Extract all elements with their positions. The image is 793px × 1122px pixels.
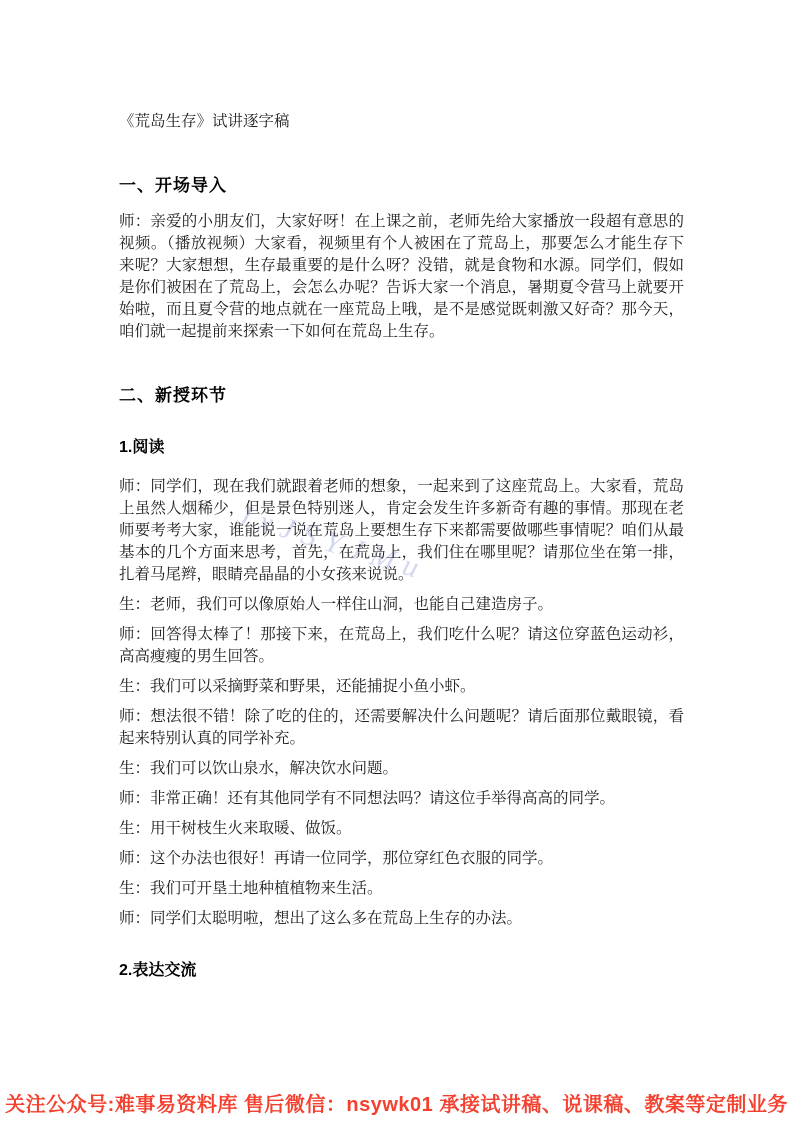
paragraph: 生：我们可以饮山泉水，解决饮水问题。 — [119, 758, 684, 780]
footer-banner: 关注公众号:难事易资料库 售后微信：nsywk01 承接试讲稿、说课稿、教案等定… — [0, 1092, 793, 1118]
paragraph: 生：用干树枝生火来取暖、做饭。 — [119, 818, 684, 840]
paragraph: 师：非常正确！还有其他同学有不同想法吗？请这位手举得高高的同学。 — [119, 788, 684, 810]
paragraph: 生：老师，我们可以像原始人一样住山洞，也能自己建造房子。 — [119, 594, 684, 616]
paragraph: 师：同学们太聪明啦，想出了这么多在荒岛上生存的办法。 — [119, 908, 684, 930]
paragraph: 生：我们可开垦土地种植植物来生活。 — [119, 878, 684, 900]
paragraph: 师：这个办法也很好！再请一位同学，那位穿红色衣服的同学。 — [119, 848, 684, 870]
paragraph: 师：想法很不错！除了吃的住的，还需要解决什么问题呢？请后面那位戴眼镜，看起来特别… — [119, 706, 684, 750]
section-heading: 1.阅读 — [119, 437, 684, 458]
paragraph: 生：我们可以采摘野菜和野果，还能捕捉小鱼小虾。 — [119, 676, 684, 698]
document-blocks: 一、开场导入师：亲爱的小朋友们，大家好呀！在上课之前，老师先给大家播放一段超有意… — [119, 174, 684, 981]
section-heading: 一、开场导入 — [119, 174, 684, 197]
paragraph: 师：同学们，现在我们就跟着老师的想象，一起来到了这座荒岛上。大家看，荒岛上虽然人… — [119, 476, 684, 586]
paragraph: 师：亲爱的小朋友们，大家好呀！在上课之前，老师先给大家播放一段超有意思的视频。（… — [119, 211, 684, 343]
section-heading: 2.表达交流 — [119, 960, 684, 981]
document-page: JxJSYJMu 《荒岛生存》试讲逐字稿 一、开场导入师：亲爱的小朋友们，大家好… — [0, 0, 793, 1122]
document-content: 《荒岛生存》试讲逐字稿 一、开场导入师：亲爱的小朋友们，大家好呀！在上课之前，老… — [119, 111, 684, 999]
section-heading: 二、新授环节 — [119, 384, 684, 407]
document-title: 《荒岛生存》试讲逐字稿 — [119, 111, 684, 133]
paragraph: 师：回答得太棒了！那接下来，在荒岛上，我们吃什么呢？请这位穿蓝色运动衫，高高瘦瘦… — [119, 624, 684, 668]
